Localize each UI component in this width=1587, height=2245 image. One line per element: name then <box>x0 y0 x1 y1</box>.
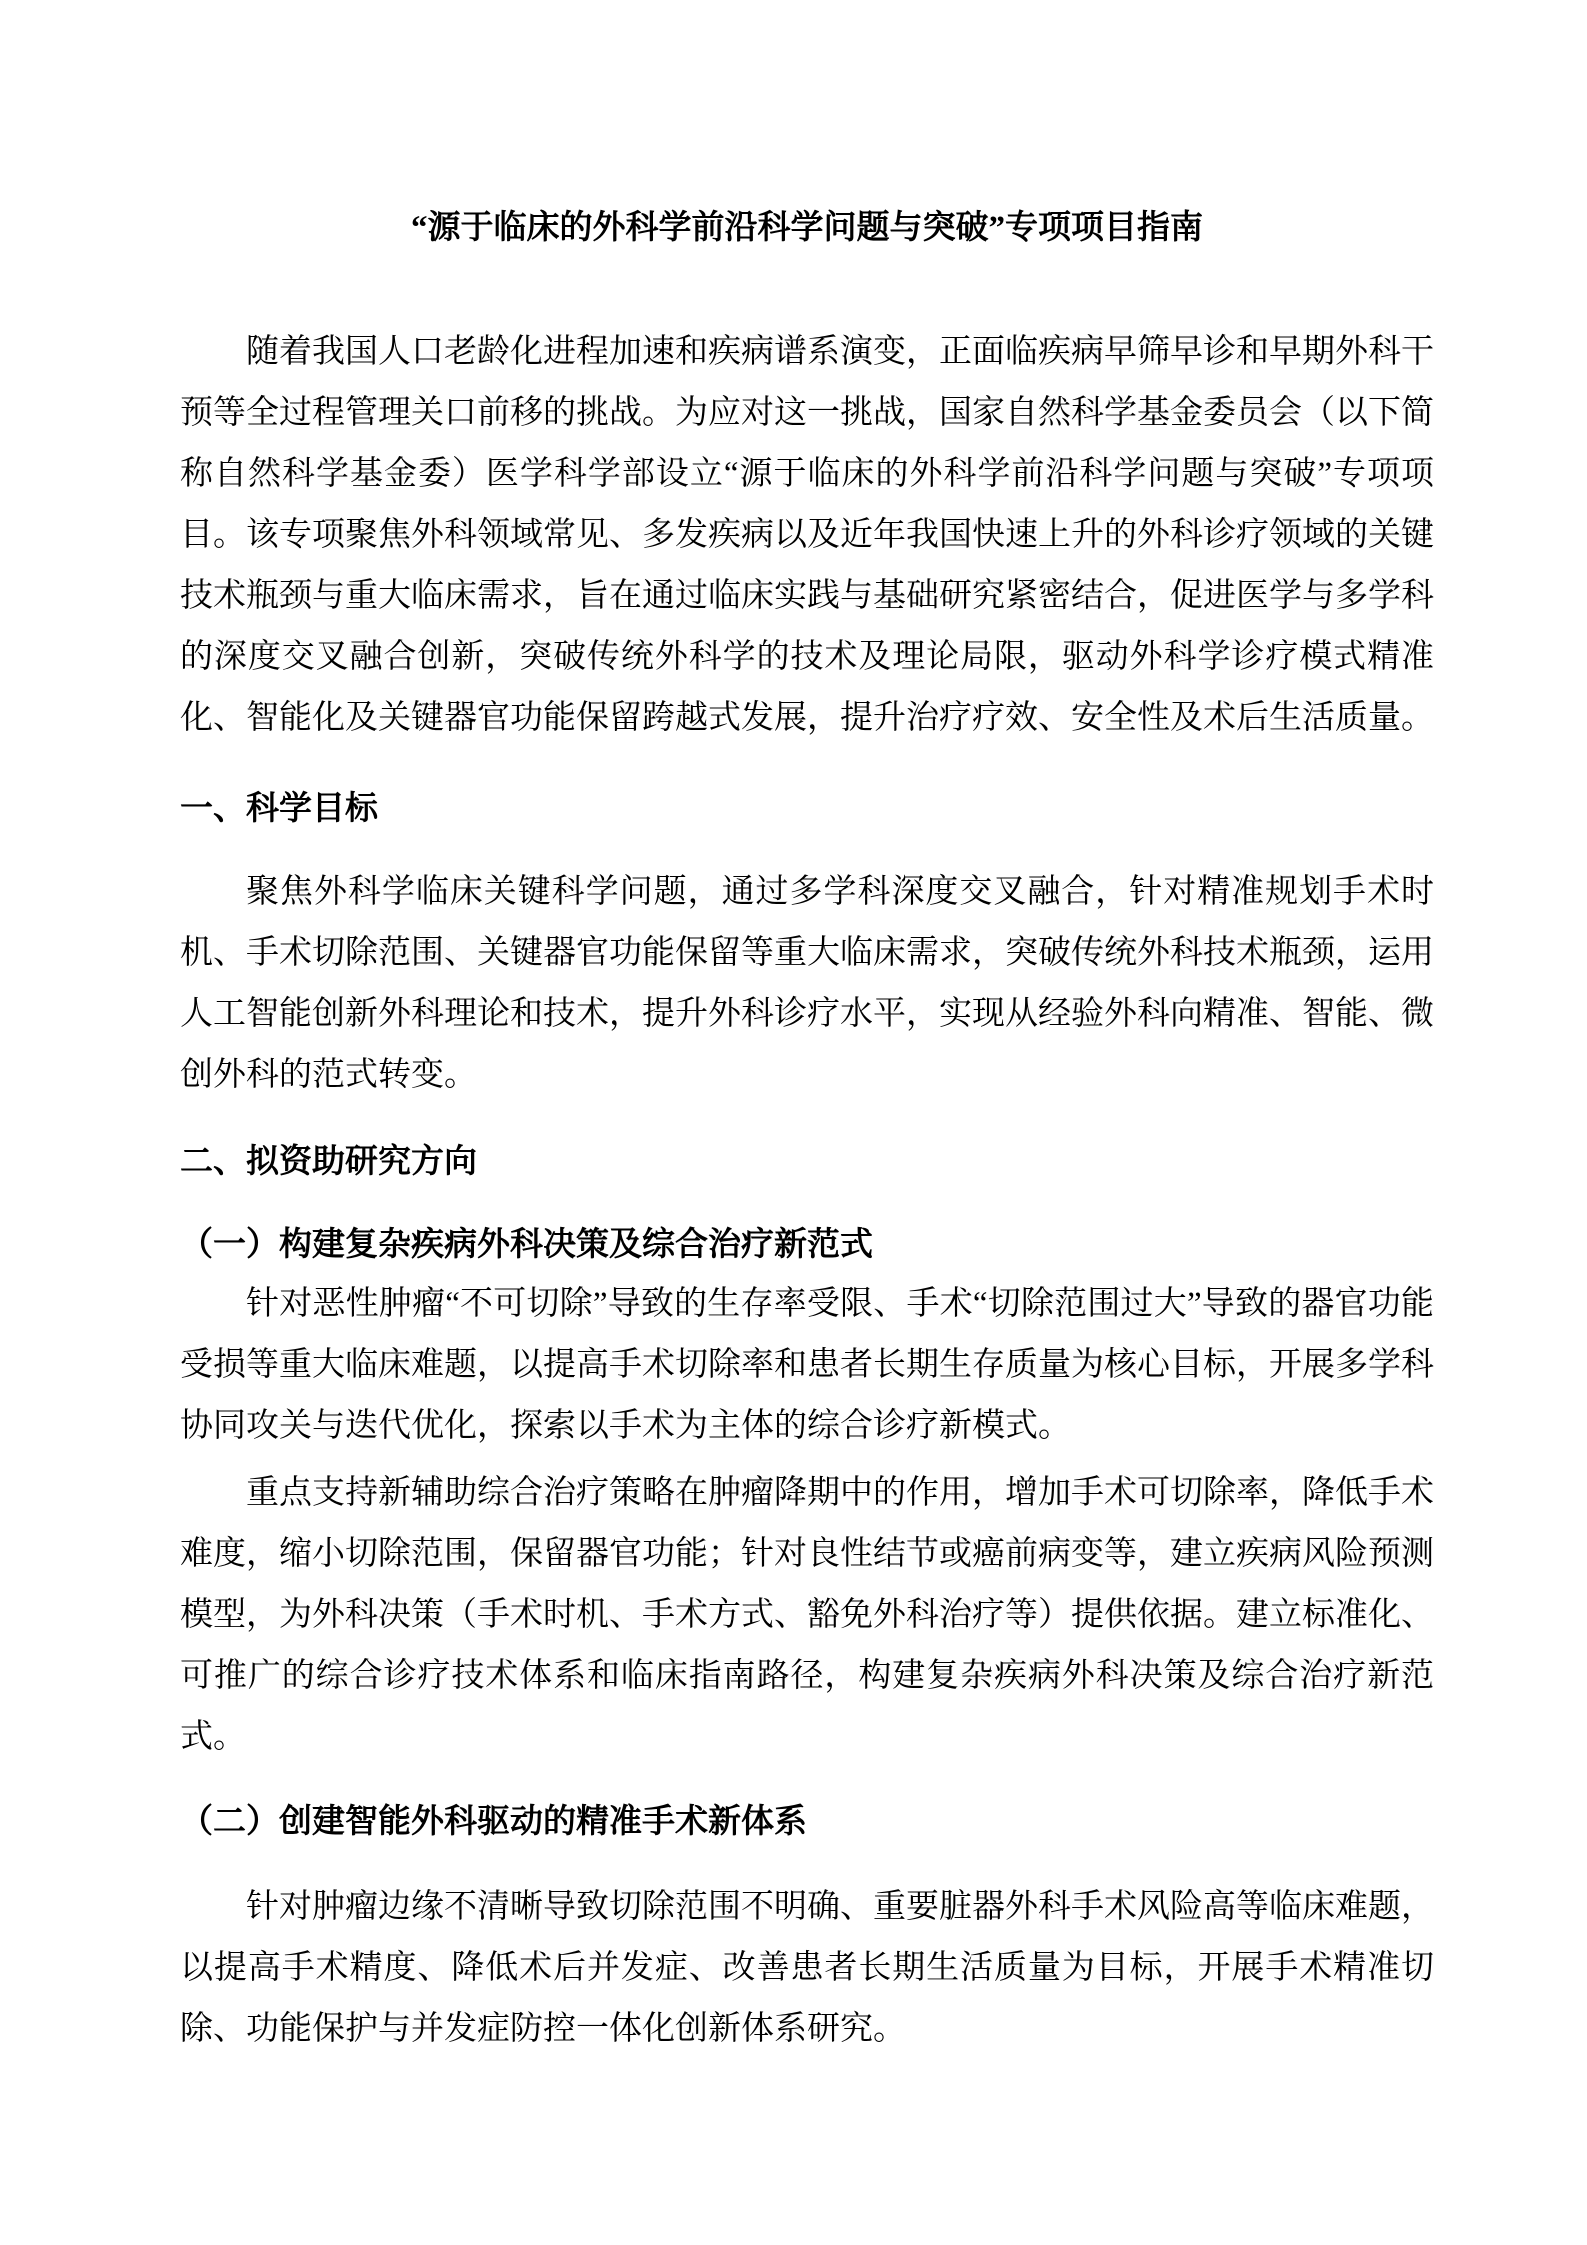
subsection1-paragraph-1: 针对恶性肿瘤“不可切除”导致的生存率受限、手术“切除范围过大”导致的器官功能受损… <box>180 1274 1434 1457</box>
intro-paragraph: 随着我国人口老龄化进程加速和疾病谱系演变，正面临疾病早筛早诊和早期外科干预等全过… <box>180 322 1434 749</box>
section1-paragraph: 聚焦外科学临床关键科学问题，通过多学科深度交叉融合，针对精准规划手术时机、手术切… <box>180 862 1434 1106</box>
section-heading-science-goal: 一、科学目标 <box>180 777 1434 838</box>
document-title: “源于临床的外科学前沿科学问题与突破”专项项目指南 <box>180 205 1434 251</box>
subsection1-paragraph-2: 重点支持新辅助综合治疗策略在肿瘤降期中的作用，增加手术可切除率，降低手术难度，缩… <box>180 1463 1434 1768</box>
section-heading-funding-directions: 二、拟资助研究方向 <box>180 1130 1434 1191</box>
subsection-heading-1: （一）构建复杂疾病外科决策及综合治疗新范式 <box>180 1213 1434 1274</box>
subsection-heading-2: （二）创建智能外科驱动的精准手术新体系 <box>180 1790 1434 1851</box>
subsection2-paragraph-1: 针对肿瘤边缘不清晰导致切除范围不明确、重要脏器外科手术风险高等临床难题，以提高手… <box>180 1877 1434 2060</box>
document-page: “源于临床的外科学前沿科学问题与突破”专项项目指南 随着我国人口老龄化进程加速和… <box>0 0 1587 2245</box>
